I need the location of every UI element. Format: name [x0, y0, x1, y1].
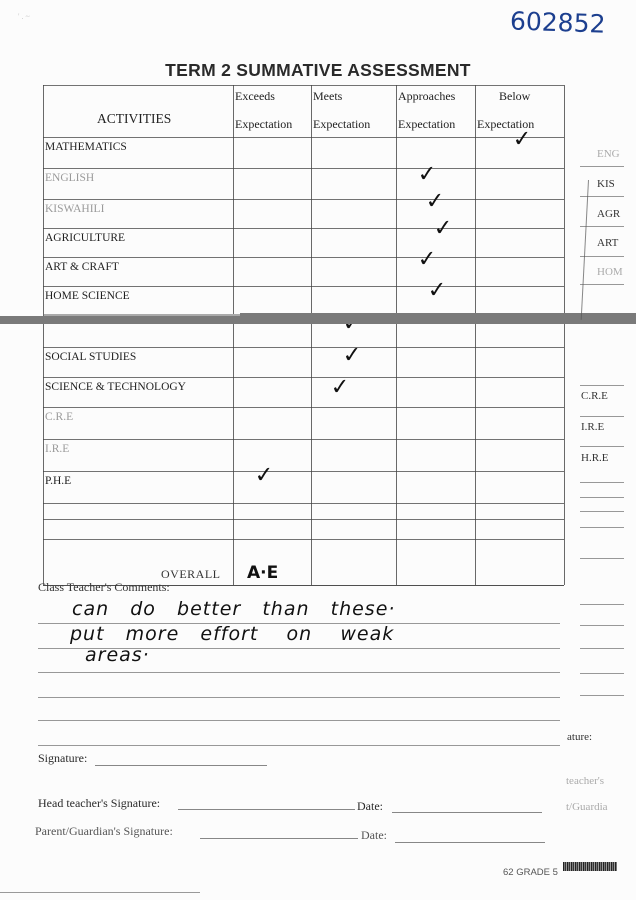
bottom-rule — [0, 892, 200, 893]
adjacent-page-rule — [580, 256, 624, 257]
table-row-divider — [43, 286, 564, 287]
subject-social-studies: SOCIAL STUDIES — [45, 351, 136, 363]
table-row-divider — [43, 439, 564, 440]
adjacent-page-rule — [580, 446, 624, 447]
table-column-divider — [396, 85, 397, 585]
head-teacher-date-label: Date: — [357, 799, 383, 814]
subject-c-r-e: C.R.E — [45, 411, 73, 423]
adjacent-page-rule — [580, 385, 624, 386]
page-title: TERM 2 SUMMATIVE ASSESSMENT — [0, 60, 636, 81]
parent-date-line[interactable] — [395, 842, 545, 843]
subject-agriculture: AGRICULTURE — [45, 232, 125, 244]
table-row-divider — [43, 137, 564, 138]
check-mark-icon[interactable]: ✓ — [342, 344, 363, 367]
table-row-divider — [43, 539, 564, 540]
handwritten-comment-line: put more effort on weak — [70, 623, 394, 645]
subject-i-r-e: I.R.E — [45, 443, 69, 455]
adjacent-page-fragment-text: teacher's — [566, 775, 604, 787]
adjacent-page-rule — [580, 196, 624, 197]
table-row-divider — [43, 471, 564, 472]
check-mark-icon[interactable]: ✓ — [254, 464, 275, 487]
parent-signature-line[interactable] — [200, 838, 358, 839]
column-header-meets-line2: Expectation — [313, 117, 370, 132]
adjacent-page-label: ENG — [597, 148, 620, 160]
adjacent-page-label: I.R.E — [581, 421, 604, 433]
class-teacher-comments-label: Class Teacher's Comments: — [38, 580, 170, 595]
subject-art-craft: ART & CRAFT — [45, 261, 119, 273]
overall-label: OVERALL — [161, 567, 221, 582]
scan-artifact-bar — [0, 316, 636, 324]
page-footer: 62 GRADE 5 — [503, 867, 558, 878]
column-header-meets-line1: Meets — [313, 89, 342, 104]
check-mark-icon[interactable]: ✓ — [330, 376, 351, 399]
assessment-table: ACTIVITIESExceedsExpectationMeetsExpecta… — [43, 85, 564, 585]
head-teacher-date-line[interactable] — [392, 812, 542, 813]
activities-header: ACTIVITIES — [97, 111, 171, 127]
handwritten-comment-line: can do better than these· — [72, 598, 395, 620]
adjacent-page-rule — [580, 604, 624, 605]
table-row-divider — [43, 377, 564, 378]
signature-label: Signature: — [38, 751, 87, 766]
adjacent-page-rule — [580, 625, 624, 626]
adjacent-page-rule — [580, 497, 624, 498]
adjacent-page-rule — [580, 482, 624, 483]
adjacent-page-rule — [580, 166, 624, 167]
overall-value: A·E — [247, 563, 278, 583]
table-column-divider — [233, 85, 234, 585]
table-column-divider — [43, 85, 44, 585]
table-row-divider — [43, 257, 564, 258]
adjacent-page-label: HOM — [597, 266, 623, 278]
adjacent-page-rule — [580, 558, 624, 559]
comment-rule-line — [38, 697, 560, 698]
adjacent-page-rule — [580, 527, 624, 528]
parent-signature-label: Parent/Guardian's Signature: — [35, 824, 173, 839]
check-mark-icon[interactable]: ✓ — [433, 217, 454, 240]
table-row-divider — [43, 407, 564, 408]
adjacent-page-label: KIS — [597, 178, 615, 190]
handwritten-reference-number: 602852 — [510, 6, 606, 38]
adjacent-page-fragment-text: ature: — [567, 731, 592, 743]
table-row-divider — [43, 228, 564, 229]
signature-line[interactable] — [95, 765, 267, 766]
scan-smudge: ' . ~ — [18, 12, 58, 20]
adjacent-page-rule — [580, 695, 624, 696]
column-header-exceeds-line1: Exceeds — [235, 89, 275, 104]
title-text: TERM 2 SUMMATIVE ASSESSMENT — [165, 60, 471, 81]
table-row-divider — [43, 519, 564, 520]
check-mark-icon[interactable]: ✓ — [512, 128, 533, 151]
comment-rule-line — [38, 672, 560, 673]
check-mark-icon[interactable]: ✓ — [427, 279, 448, 302]
adjacent-page-label: H.R.E — [581, 452, 609, 464]
column-header-exceeds-line2: Expectation — [235, 117, 292, 132]
comment-rule-line — [38, 745, 560, 746]
adjacent-page-rule — [580, 648, 624, 649]
head-teacher-signature-label: Head teacher's Signature: — [38, 796, 160, 811]
adjacent-page-fragment-text: t/Guardia — [566, 801, 608, 813]
subject-home-science: HOME SCIENCE — [45, 290, 130, 302]
adjacent-page-label: ART — [597, 237, 618, 249]
barcode — [563, 862, 617, 871]
table-row-divider — [43, 199, 564, 200]
handwritten-comment-line: areas· — [85, 644, 150, 666]
subject-mathematics: MATHEMATICS — [45, 141, 127, 153]
adjacent-page-rule — [580, 673, 624, 674]
check-mark-icon[interactable]: ✓ — [417, 163, 438, 186]
column-header-approaches-line2: Expectation — [398, 117, 455, 132]
table-column-divider — [475, 85, 476, 585]
adjacent-page-label: AGR — [597, 208, 620, 220]
subject-kiswahili: KISWAHILI — [45, 203, 104, 215]
adjacent-page-rule — [580, 226, 624, 227]
table-row-divider — [43, 168, 564, 169]
head-teacher-signature-line[interactable] — [178, 809, 355, 810]
parent-date-label: Date: — [361, 828, 387, 843]
column-header-approaches-line1: Approaches — [398, 89, 455, 104]
table-border-top — [43, 85, 564, 86]
adjacent-page-rule — [580, 511, 624, 512]
adjacent-page-edge — [581, 180, 589, 320]
subject-english: ENGLISH — [45, 172, 94, 184]
adjacent-page-rule — [580, 416, 624, 417]
check-mark-icon[interactable]: ✓ — [425, 190, 446, 213]
table-row-divider — [43, 503, 564, 504]
check-mark-icon[interactable]: ✓ — [417, 248, 438, 271]
subject-p-h-e: P.H.E — [45, 475, 71, 487]
table-row-divider — [43, 347, 564, 348]
table-column-divider — [311, 85, 312, 585]
adjacent-page-rule — [580, 284, 624, 285]
column-header-below-line1: Below — [499, 89, 530, 104]
subject-science-technology: SCIENCE & TECHNOLOGY — [45, 381, 186, 393]
table-column-divider — [564, 85, 565, 585]
comment-rule-line — [38, 720, 560, 721]
adjacent-page-label: C.R.E — [581, 390, 608, 402]
